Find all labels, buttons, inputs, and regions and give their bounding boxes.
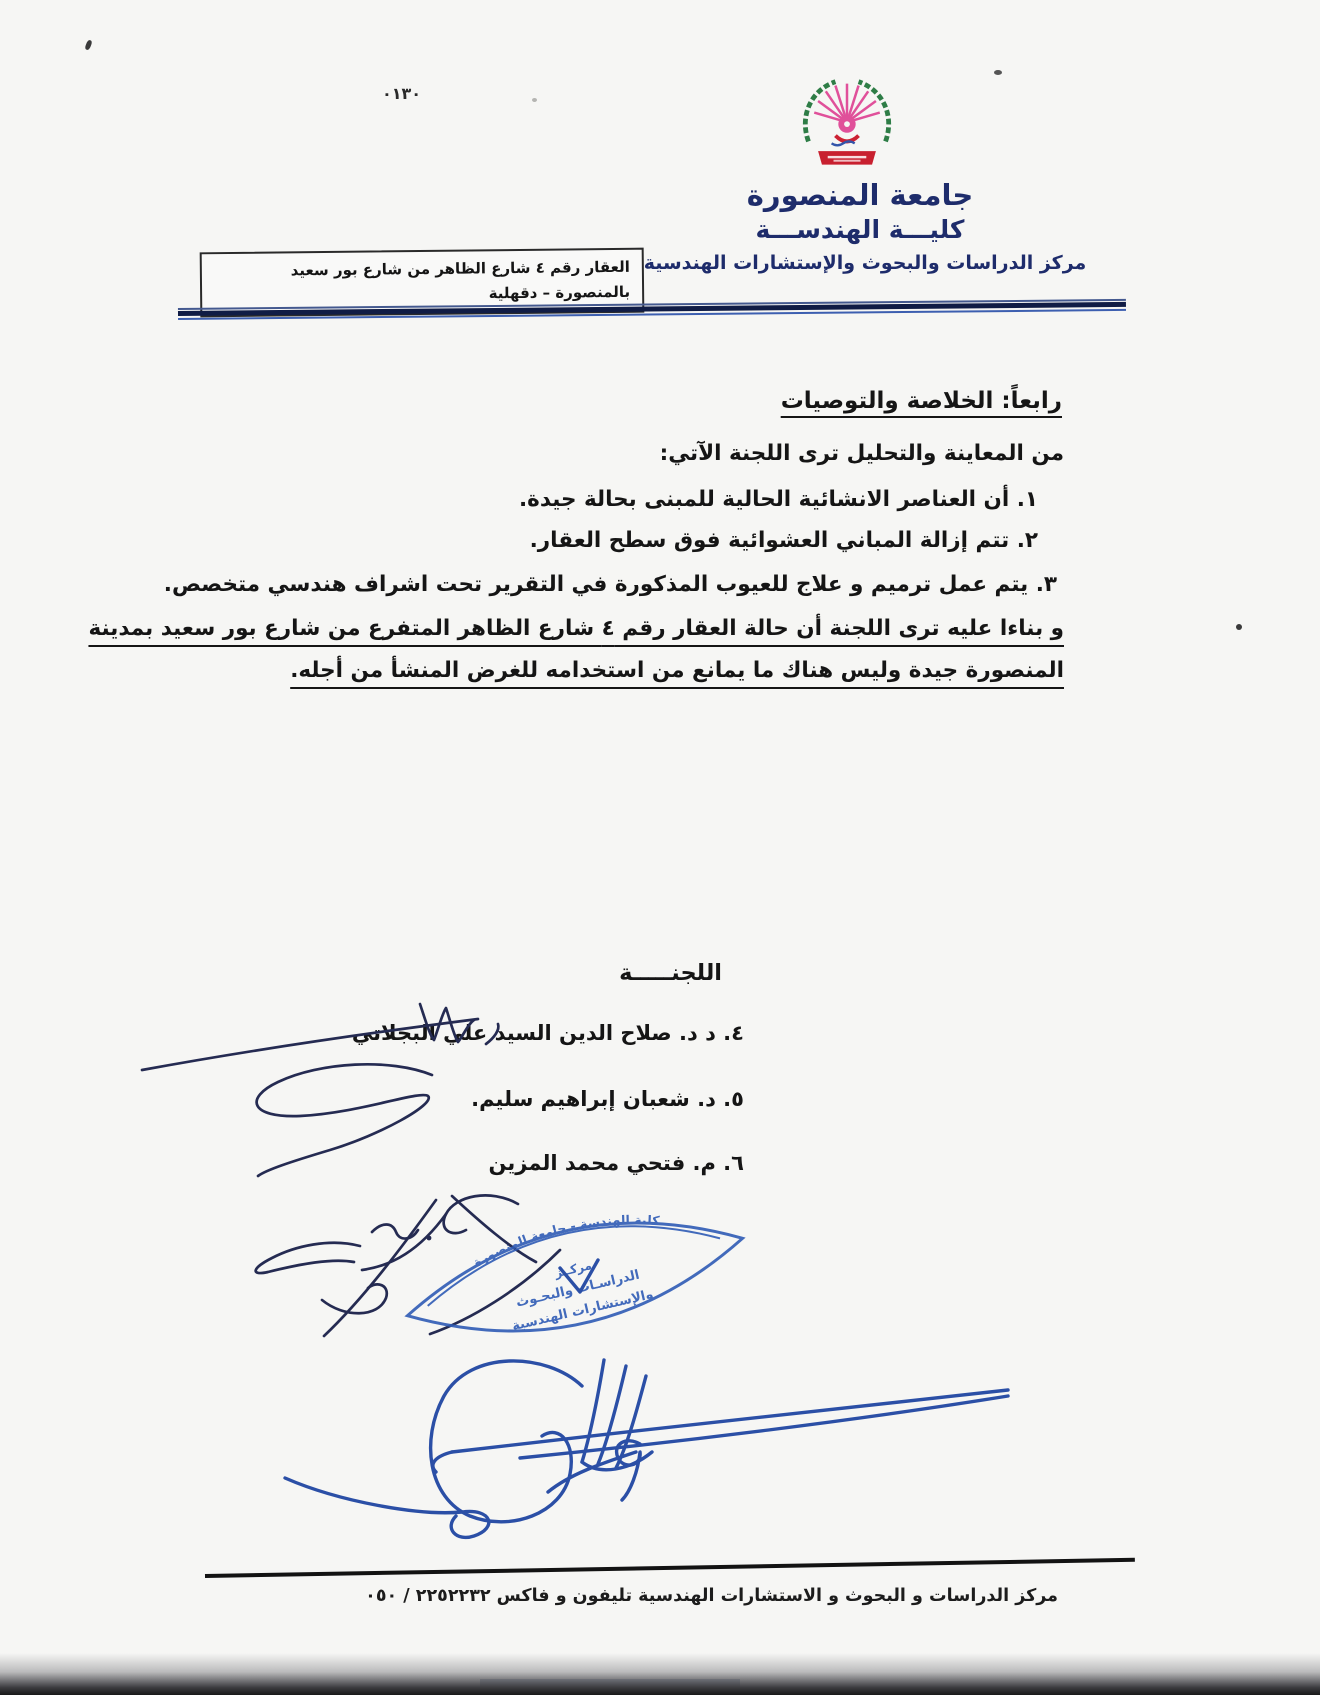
scan-shadow-band	[0, 1653, 1320, 1695]
university-name: جامعة المنصورة	[700, 178, 1020, 212]
university-emblem-icon	[788, 74, 906, 180]
scan-artifact	[532, 98, 537, 102]
banner-text-mark	[834, 160, 861, 162]
scanned-document-page: ٠١٣٠ جامعة المنصورة كليـــة الهندســـة م…	[0, 0, 1320, 1695]
conclusion-line-1: و بناءا عليه ترى اللجنة أن حالة العقار ر…	[88, 616, 1064, 641]
intro-line: من المعاينة والتحليل ترى اللجنة الآتي:	[660, 441, 1064, 466]
committee-member-5: ٥. د. شعبان إبراهيم سليم.	[471, 1087, 744, 1111]
center-name: مركز الدراسات والبحوث والإستشارات الهندس…	[630, 252, 1100, 274]
conclusion-line-2: المنصورة جيدة وليس هناك ما يمانع من استخ…	[290, 658, 1064, 683]
committee-title: اللجنـــــة	[619, 960, 722, 986]
footer-divider	[205, 1558, 1135, 1578]
list-item-1: ١. أن العناصر الانشائية الحالية للمبنى ب…	[519, 487, 1038, 512]
torch-head-center	[844, 121, 850, 127]
svg-text:كلية الهندسة - جامعة المنصورة: كلية الهندسة - جامعة المنصورة	[467, 1198, 664, 1271]
subject-text: العقار رقم ٤ شارع الظاهر من شارع بور سعي…	[291, 258, 631, 302]
list-item-2: ٢. تتم إزالة المباني العشوائية فوق سطح ا…	[530, 528, 1038, 553]
footer-text: مركز الدراسات و البحوث و الاستشارات الهن…	[365, 1586, 1058, 1606]
list-item-3: ٣. يتم عمل ترميم و علاج للعيوب المذكورة …	[164, 572, 1057, 597]
banner-text-mark	[828, 156, 867, 158]
stamp-line-1: مركــز	[552, 1258, 593, 1280]
committee-member-4: ٤. د د. صلاح الدين السيد علي البجلاتي	[352, 1021, 744, 1045]
scan-artifact	[84, 39, 92, 50]
scan-artifact	[994, 70, 1002, 75]
official-stamp: كلية الهندسة - جامعة المنصورة مركــز الد…	[390, 1175, 760, 1380]
committee-member-6: ٦. م. فتحي محمد المزين	[489, 1151, 744, 1175]
water-wave	[832, 141, 855, 145]
stamp-arc-text: كلية الهندسة - جامعة المنصورة	[467, 1198, 664, 1271]
section-title: رابعاً: الخلاصة والتوصيات	[781, 388, 1062, 414]
faculty-name: كليـــة الهندســـة	[700, 215, 1020, 244]
page-number: ٠١٣٠	[382, 84, 421, 103]
scan-artifact	[1236, 624, 1242, 630]
